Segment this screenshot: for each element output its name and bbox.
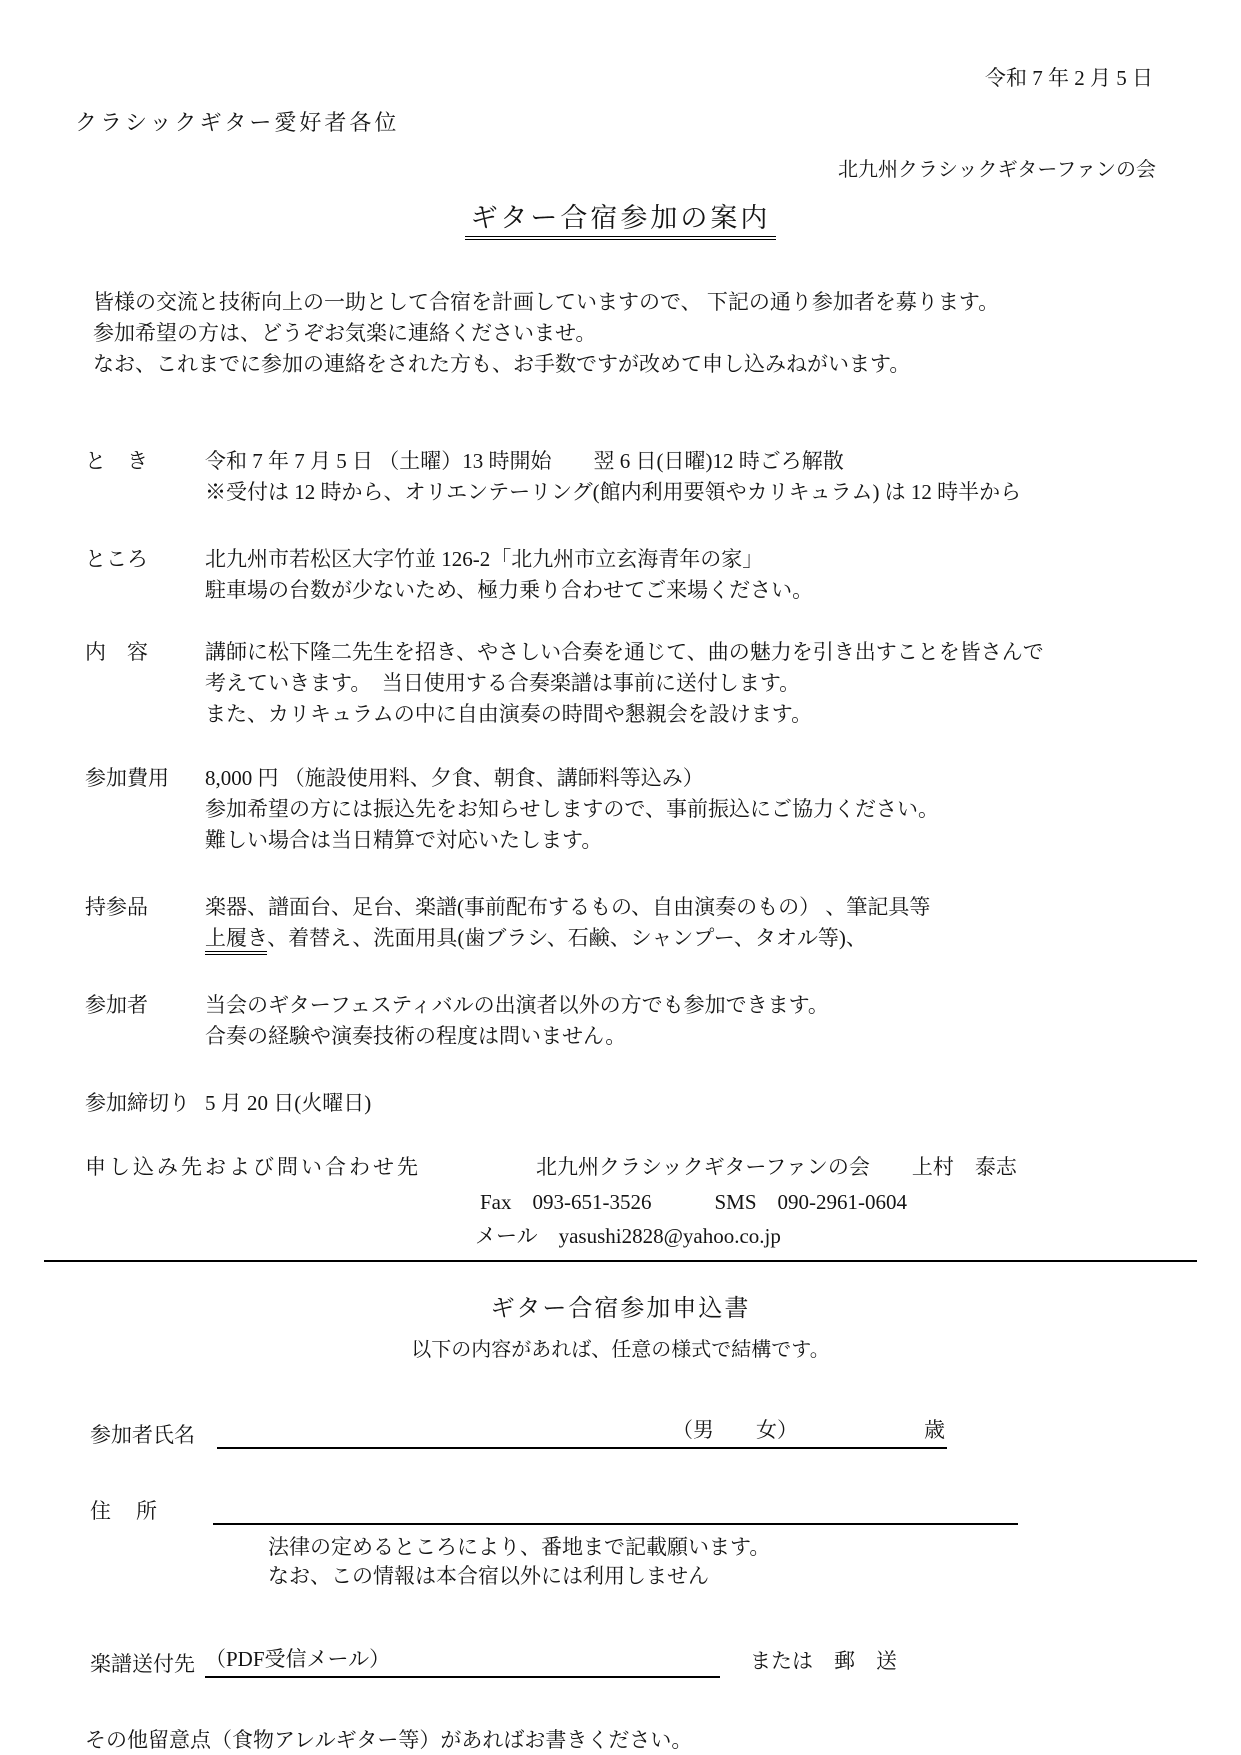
- participant-name-label: 参加者氏名: [90, 1419, 195, 1449]
- section-line: 当会のギターフェスティバルの出演者以外の方でも参加できます。: [205, 990, 1241, 1021]
- other-notes-line: その他留意点（食物アレルギター等）があればお書きください。: [85, 1724, 1241, 1754]
- section-line: 難しい場合は当日精算で対応いたします。: [205, 825, 1241, 856]
- section-fee: 参加費用 8,000 円 （施設使用料、夕食、朝食、講師料等込み） 参加希望の方…: [85, 763, 1241, 856]
- form-subtitle: 以下の内容があれば、任意の様式で結構です。: [0, 1333, 1241, 1362]
- section-content: 楽器、譜面台、足台、楽譜(事前配布するもの、自由演奏のもの） 、筆記具等 上履き…: [205, 892, 1241, 954]
- section-line: 上履き、着替え、洗面用具(歯ブラシ、石鹸、シャンプー、タオル等)、: [205, 923, 1241, 954]
- section-line: 令和 7 年 7 月 5 日 （土曜）13 時開始 翌 6 日(日曜)12 時ご…: [205, 446, 1241, 477]
- intro-line: 皆様の交流と技術向上の一助として合宿を計画していますので、 下記の通り参加者を募…: [93, 287, 1241, 318]
- address-input-line: [213, 1493, 1018, 1525]
- intro-line: 参加希望の方は、どうぞお気楽に連絡くださいませ。: [93, 318, 1241, 349]
- section-content: 5 月 20 日(火曜日): [205, 1088, 1241, 1119]
- section-place: ところ 北九州市若松区大字竹並 126-2「北九州市立玄海青年の家」 駐車場の台…: [85, 544, 1241, 606]
- section-line: 北九州市若松区大字竹並 126-2「北九州市立玄海青年の家」: [205, 544, 1241, 575]
- detail-sections: と き 令和 7 年 7 月 5 日 （土曜）13 時開始 翌 6 日(日曜)1…: [85, 446, 1241, 1252]
- address-note-line: 法律の定めるところにより、番地まで記載願います。: [268, 1533, 1241, 1562]
- document-page: 令和 7 年 2 月 5 日 クラシックギター愛好者各位 北九州クラシックギター…: [0, 0, 1241, 1755]
- section-line: 考えていきます。 当日使用する合奏楽譜は事前に送付します。: [205, 668, 1241, 699]
- contact-label: 申し込み先および問い合わせ先: [85, 1152, 421, 1183]
- section-label: 参加費用: [85, 763, 205, 856]
- section-line: 駐車場の台数が少ないため、極力乗り合わせてご来場ください。: [205, 575, 1241, 606]
- participant-name-row: 参加者氏名 （男 女） 歳: [90, 1414, 1241, 1449]
- section-line-rest: 、着替え、洗面用具(歯ブラシ、石鹸、シャンプー、タオル等)、: [267, 926, 867, 950]
- address-row: 住 所: [90, 1493, 1241, 1525]
- section-label: と き: [85, 446, 205, 508]
- section-line: ※受付は 12 時から、オリエンテーリング(館内利用要領やカリキュラム) は 1…: [205, 477, 1241, 508]
- section-line: 楽器、譜面台、足台、楽譜(事前配布するもの、自由演奏のもの） 、筆記具等: [205, 892, 1241, 923]
- intro-line: なお、これまでに参加の連絡をされた方も、お手数ですが改めて申し込みねがいます。: [93, 349, 1241, 380]
- section-participants: 参加者 当会のギターフェスティバルの出演者以外の方でも参加できます。 合奏の経験…: [85, 990, 1241, 1052]
- contact-fax-sms: Fax 093-651-3526 SMS 090-2961-0604: [480, 1187, 1241, 1218]
- score-delivery-row: 楽譜送付先 （PDF受信メール） または 郵 送: [90, 1643, 1241, 1678]
- section-line: 講師に松下隆二先生を招き、やさしい合奏を通じて、曲の魅力を引き出すことを皆さんで: [205, 637, 1241, 668]
- section-deadline: 参加締切り 5 月 20 日(火曜日): [85, 1088, 1241, 1119]
- form-title: ギター合宿参加申込書: [0, 1288, 1241, 1323]
- document-title-text: ギター合宿参加の案内: [465, 203, 777, 240]
- section-items-to-bring: 持参品 楽器、譜面台、足台、楽譜(事前配布するもの、自由演奏のもの） 、筆記具等…: [85, 892, 1241, 954]
- section-content: 当会のギターフェスティバルの出演者以外の方でも参加できます。 合奏の経験や演奏技…: [205, 990, 1241, 1052]
- address-notes: 法律の定めるところにより、番地まで記載願います。 なお、この情報は本合宿以外には…: [268, 1533, 1241, 1591]
- section-line: 参加希望の方には振込先をお知らせしますので、事前振込にご協力ください。: [205, 794, 1241, 825]
- score-delivery-alt: または 郵 送: [750, 1645, 897, 1678]
- section-line: 5 月 20 日(火曜日): [205, 1088, 1241, 1119]
- section-contact: 申し込み先および問い合わせ先 北九州クラシックギターファンの会 上村 泰志: [85, 1152, 1241, 1183]
- document-title: ギター合宿参加の案内: [0, 196, 1241, 235]
- intro-paragraph: 皆様の交流と技術向上の一助として合宿を計画していますので、 下記の通り参加者を募…: [93, 287, 1241, 380]
- section-label: 内 容: [85, 637, 205, 730]
- age-suffix: 歳: [924, 1414, 945, 1444]
- section-label: 参加締切り: [85, 1088, 205, 1119]
- contact-name: 北九州クラシックギターファンの会 上村 泰志: [536, 1152, 1017, 1183]
- section-content-description: 内 容 講師に松下隆二先生を招き、やさしい合奏を通じて、曲の魅力を引き出すことを…: [85, 637, 1241, 730]
- double-underlined-text: 上履き: [205, 926, 267, 955]
- section-content: 北九州市若松区大字竹並 126-2「北九州市立玄海青年の家」 駐車場の台数が少な…: [205, 544, 1241, 606]
- address-label: 住 所: [90, 1495, 159, 1525]
- date-line: 令和 7 年 2 月 5 日: [0, 0, 1241, 92]
- organization-name: 北九州クラシックギターファンの会: [0, 153, 1241, 182]
- score-delivery-input-line: （PDF受信メール）: [205, 1643, 720, 1678]
- addressee: クラシックギター愛好者各位: [75, 106, 1241, 137]
- score-delivery-label: 楽譜送付先: [90, 1648, 195, 1678]
- gender-options: （男 女）: [672, 1414, 798, 1444]
- section-content: 8,000 円 （施設使用料、夕食、朝食、講師料等込み） 参加希望の方には振込先…: [205, 763, 1241, 856]
- section-label: 参加者: [85, 990, 205, 1052]
- participant-name-input-line: （男 女） 歳: [217, 1414, 947, 1449]
- section-content: 令和 7 年 7 月 5 日 （土曜）13 時開始 翌 6 日(日曜)12 時ご…: [205, 446, 1241, 508]
- section-line: 合奏の経験や演奏技術の程度は問いません。: [205, 1021, 1241, 1052]
- section-line: 8,000 円 （施設使用料、夕食、朝食、講師料等込み）: [205, 763, 1241, 794]
- section-line: また、カリキュラムの中に自由演奏の時間や懇親会を設けます。: [205, 699, 1241, 730]
- section-content: 講師に松下隆二先生を招き、やさしい合奏を通じて、曲の魅力を引き出すことを皆さんで…: [205, 637, 1241, 730]
- address-note-line: なお、この情報は本合宿以外には利用しません: [268, 1562, 1241, 1591]
- section-label: 持参品: [85, 892, 205, 954]
- section-label: ところ: [85, 544, 205, 606]
- contact-email: メール yasushi2828@yahoo.co.jp: [475, 1221, 1241, 1252]
- divider-line: [44, 1260, 1197, 1262]
- section-time: と き 令和 7 年 7 月 5 日 （土曜）13 時開始 翌 6 日(日曜)1…: [85, 446, 1241, 508]
